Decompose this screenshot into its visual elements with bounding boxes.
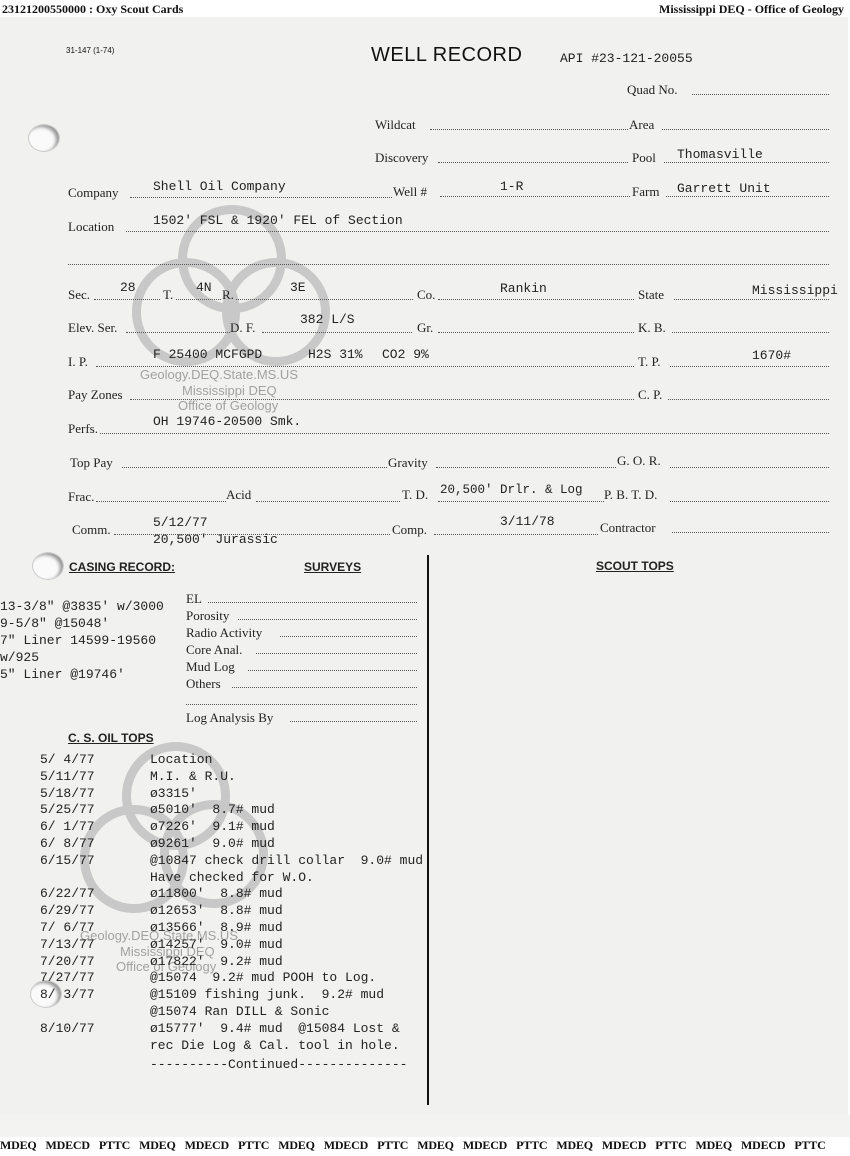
well-field[interactable] — [440, 196, 630, 197]
kb-label: K. B. — [638, 320, 666, 336]
oil-top-entry: 6/22/77ø11800' 8.8# mud — [40, 886, 425, 903]
oil-top-entry: 7/ 6/77ø13566' 8.9# mud — [40, 920, 425, 937]
frac-label: Frac. — [68, 489, 94, 505]
footer-tag: PTTC — [516, 1138, 547, 1153]
td-label: T. D. — [402, 487, 428, 503]
oil-top-entry: rec Die Log & Cal. tool in hole. — [40, 1038, 425, 1055]
gravity-label: Gravity — [388, 455, 428, 471]
casing-line: 5" Liner @19746' — [0, 666, 164, 683]
surveys-list: EL Porosity Radio Activity Core Anal. Mu… — [186, 590, 417, 726]
farm-value: Garrett Unit — [677, 181, 771, 196]
oil-top-entry: 5/ 4/77Location — [40, 752, 425, 769]
pool-label: Pool — [632, 150, 656, 166]
column-divider — [427, 555, 429, 1105]
location-label: Location — [68, 219, 114, 235]
company-label: Company — [68, 185, 119, 201]
scout-tops-heading: SCOUT TOPS — [596, 559, 674, 573]
r-label: R. — [222, 287, 234, 303]
surveys-heading: SURVEYS — [304, 560, 361, 574]
agency-title: Mississippi DEQ - Office of Geology — [659, 2, 844, 17]
pay-zones-label: Pay Zones — [68, 387, 123, 403]
ip-co2-value: CO2 9% — [382, 347, 429, 362]
footer-tag: PTTC — [377, 1138, 408, 1153]
card-bottom-margin — [0, 1115, 850, 1137]
farm-label: Farm — [632, 184, 659, 200]
gr-field[interactable] — [438, 332, 634, 333]
pbtd-field[interactable] — [670, 501, 829, 502]
comm-note-value: 20,500' Jurassic — [153, 532, 278, 547]
contractor-field[interactable] — [672, 532, 829, 533]
oil-top-entry: 6/15/77@10847 check drill collar 9.0# mu… — [40, 853, 425, 870]
oil-tops-list: 5/ 4/77Location 5/11/77M.I. & R.U. 5/18/… — [40, 752, 425, 1073]
page-header: 23121200550000 : Oxy Scout Cards Mississ… — [0, 0, 850, 18]
survey-item-blank[interactable] — [186, 692, 417, 709]
pool-field[interactable] — [664, 162, 829, 163]
elev-ser-field[interactable] — [126, 332, 230, 333]
company-value: Shell Oil Company — [153, 179, 286, 194]
footer-tag: MDECD — [602, 1138, 646, 1153]
oil-top-entry: 5/18/77ø3315' — [40, 786, 425, 803]
casing-line: 13-3/8" @3835' w/3000 — [0, 598, 164, 615]
acid-label: Acid — [226, 487, 251, 503]
oil-top-entry: 6/ 1/77ø7226' 9.1# mud — [40, 819, 425, 836]
comm-label: Comm. — [72, 522, 111, 538]
county-label: Co. — [417, 287, 435, 303]
location-value: 1502' FSL & 1920' FEL of Section — [153, 213, 403, 228]
comp-value: 3/11/78 — [500, 514, 555, 529]
survey-item-radio-activity[interactable]: Radio Activity — [186, 624, 417, 641]
area-field[interactable] — [662, 129, 829, 130]
survey-item-el[interactable]: EL — [186, 590, 417, 607]
comm-value: 5/12/77 — [153, 515, 208, 530]
perfs-field[interactable] — [100, 433, 829, 434]
footer-tag: MDECD — [741, 1138, 785, 1153]
cp-field[interactable] — [668, 399, 829, 400]
t-value: 4N — [196, 280, 212, 295]
r-value: 3E — [290, 280, 306, 295]
casing-line: 7" Liner 14599-19560 — [0, 632, 164, 649]
cp-label: C. P. — [638, 387, 662, 403]
footer-tag: MDEQ — [417, 1138, 454, 1153]
oil-top-entry: 6/29/77ø12653' 8.8# mud — [40, 903, 425, 920]
ip-label: I. P. — [68, 354, 88, 370]
oil-tops-heading: C. S. OIL TOPS — [68, 731, 154, 745]
footer-tag: MDECD — [463, 1138, 507, 1153]
elev-ser-label: Elev. Ser. — [68, 320, 117, 336]
perfs-label: Perfs. — [68, 421, 98, 437]
state-field[interactable] — [674, 299, 829, 300]
pbtd-label: P. B. T. D. — [604, 487, 657, 503]
area-label: Area — [629, 117, 654, 133]
sec-field[interactable] — [94, 299, 160, 300]
quad-no-field[interactable] — [692, 94, 829, 95]
footer-tag: MDEQ — [0, 1138, 37, 1153]
oil-top-entry: 8/10/77ø15777' 9.4# mud @15084 Lost & — [40, 1021, 425, 1038]
top-pay-label: Top Pay — [70, 455, 113, 471]
kb-field[interactable] — [672, 332, 829, 333]
tp-field[interactable] — [670, 366, 829, 367]
t-label: T. — [163, 287, 173, 303]
wildcat-field[interactable] — [430, 129, 628, 130]
discovery-field[interactable] — [438, 162, 628, 163]
footer-tag: MDECD — [185, 1138, 229, 1153]
survey-item-core-anal[interactable]: Core Anal. — [186, 641, 417, 658]
sec-value: 28 — [120, 280, 136, 295]
ip-value: F 25400 MCFGPD — [153, 347, 262, 362]
location-field-line2[interactable] — [68, 264, 829, 265]
perfs-value: OH 19746-20500 Smk. — [153, 414, 301, 429]
top-pay-field[interactable] — [122, 467, 387, 468]
casing-line: 9-5/8" @15048' — [0, 615, 164, 632]
td-field[interactable] — [438, 501, 604, 502]
well-value: 1-R — [500, 179, 523, 194]
oil-top-entry: 5/25/77ø5010' 8.7# mud — [40, 802, 425, 819]
location-field[interactable] — [126, 231, 829, 232]
wildcat-label: Wildcat — [375, 117, 416, 133]
df-label: D. F. — [230, 320, 255, 336]
discovery-label: Discovery — [375, 150, 428, 166]
footer-tag: PTTC — [238, 1138, 269, 1153]
td-value: 20,500' Drlr. & Log — [440, 483, 583, 497]
footer-tag: MDEQ — [278, 1138, 315, 1153]
t-field[interactable] — [176, 299, 221, 300]
form-number: 31-147 (1-74) — [66, 46, 114, 55]
gravity-field[interactable] — [436, 467, 616, 468]
county-value: Rankin — [500, 281, 547, 296]
footer-tag: MDEQ — [139, 1138, 176, 1153]
state-label: State — [638, 287, 664, 303]
footer-tag: MDECD — [324, 1138, 368, 1153]
punch-hole-icon — [28, 124, 60, 152]
state-value: Mississippi — [752, 283, 838, 298]
oil-top-entry: 6/ 8/77ø9261' 9.0# mud — [40, 836, 425, 853]
survey-item-others[interactable]: Others — [186, 675, 417, 692]
oil-top-entry: 7/20/77ø17822' 9.2# mud — [40, 954, 425, 971]
footer-tag: PTTC — [794, 1138, 825, 1153]
punch-hole-icon — [32, 552, 64, 580]
tp-label: T. P. — [638, 354, 661, 370]
sec-label: Sec. — [68, 287, 90, 303]
footer-tag: MDECD — [46, 1138, 90, 1153]
acid-field[interactable] — [256, 501, 400, 502]
page-footer: MDEQMDECDPTTCMDEQMDECDPTTCMDEQMDECDPTTCM… — [0, 1138, 850, 1156]
gor-label: G. O. R. — [617, 453, 661, 469]
survey-item-porosity[interactable]: Porosity — [186, 607, 417, 624]
county-field[interactable] — [438, 299, 634, 300]
footer-tag: MDEQ — [695, 1138, 732, 1153]
well-label: Well # — [393, 184, 427, 200]
oil-top-entry: 8/ 3/77@15109 fishing junk. 9.2# mud — [40, 987, 425, 1004]
tp-value: 1670# — [752, 348, 791, 363]
gr-label: Gr. — [417, 320, 433, 336]
gor-field[interactable] — [670, 467, 829, 468]
ip-field[interactable] — [96, 366, 634, 367]
pay-zones-field[interactable] — [130, 399, 634, 400]
oil-top-entry: 7/27/77@15074 9.2# mud POOH to Log. — [40, 970, 425, 987]
footer-tag: PTTC — [99, 1138, 130, 1153]
df-value: 382 L/S — [300, 312, 355, 327]
casing-record-heading: CASING RECORD: — [69, 560, 175, 574]
form-title: WELL RECORD — [371, 44, 522, 67]
survey-item-log-analysis-by[interactable]: Log Analysis By — [186, 709, 417, 726]
r-field[interactable] — [236, 299, 413, 300]
frac-field[interactable] — [96, 501, 226, 502]
survey-item-mud-log[interactable]: Mud Log — [186, 658, 417, 675]
quad-no-label: Quad No. — [627, 82, 678, 98]
company-field[interactable] — [130, 197, 392, 198]
comp-field[interactable] — [434, 534, 598, 535]
oil-top-entry: Have checked for W.O. — [40, 870, 425, 887]
oil-top-entry: 7/13/77ø14257' 9.0# mud — [40, 937, 425, 954]
api-number: API #23-121-20055 — [560, 51, 693, 66]
record-id-title: 23121200550000 : Oxy Scout Cards — [2, 2, 183, 17]
oil-top-entry: 5/11/77M.I. & R.U. — [40, 769, 425, 786]
pool-value: Thomasville — [677, 147, 763, 162]
df-field[interactable] — [262, 332, 412, 333]
footer-tag: MDEQ — [556, 1138, 593, 1153]
continued-marker: ----------Continued-------------- — [40, 1054, 425, 1073]
farm-field[interactable] — [666, 196, 829, 197]
casing-line: w/925 — [0, 649, 164, 666]
casing-record-list: 13-3/8" @3835' w/3000 9-5/8" @15048' 7" … — [0, 598, 164, 683]
contractor-label: Contractor — [600, 520, 656, 536]
comp-label: Comp. — [392, 522, 427, 538]
ip-h2s-value: H2S 31% — [308, 347, 363, 362]
footer-tag: PTTC — [655, 1138, 686, 1153]
oil-top-entry: @15074 Ran DILL & Sonic — [40, 1004, 425, 1021]
